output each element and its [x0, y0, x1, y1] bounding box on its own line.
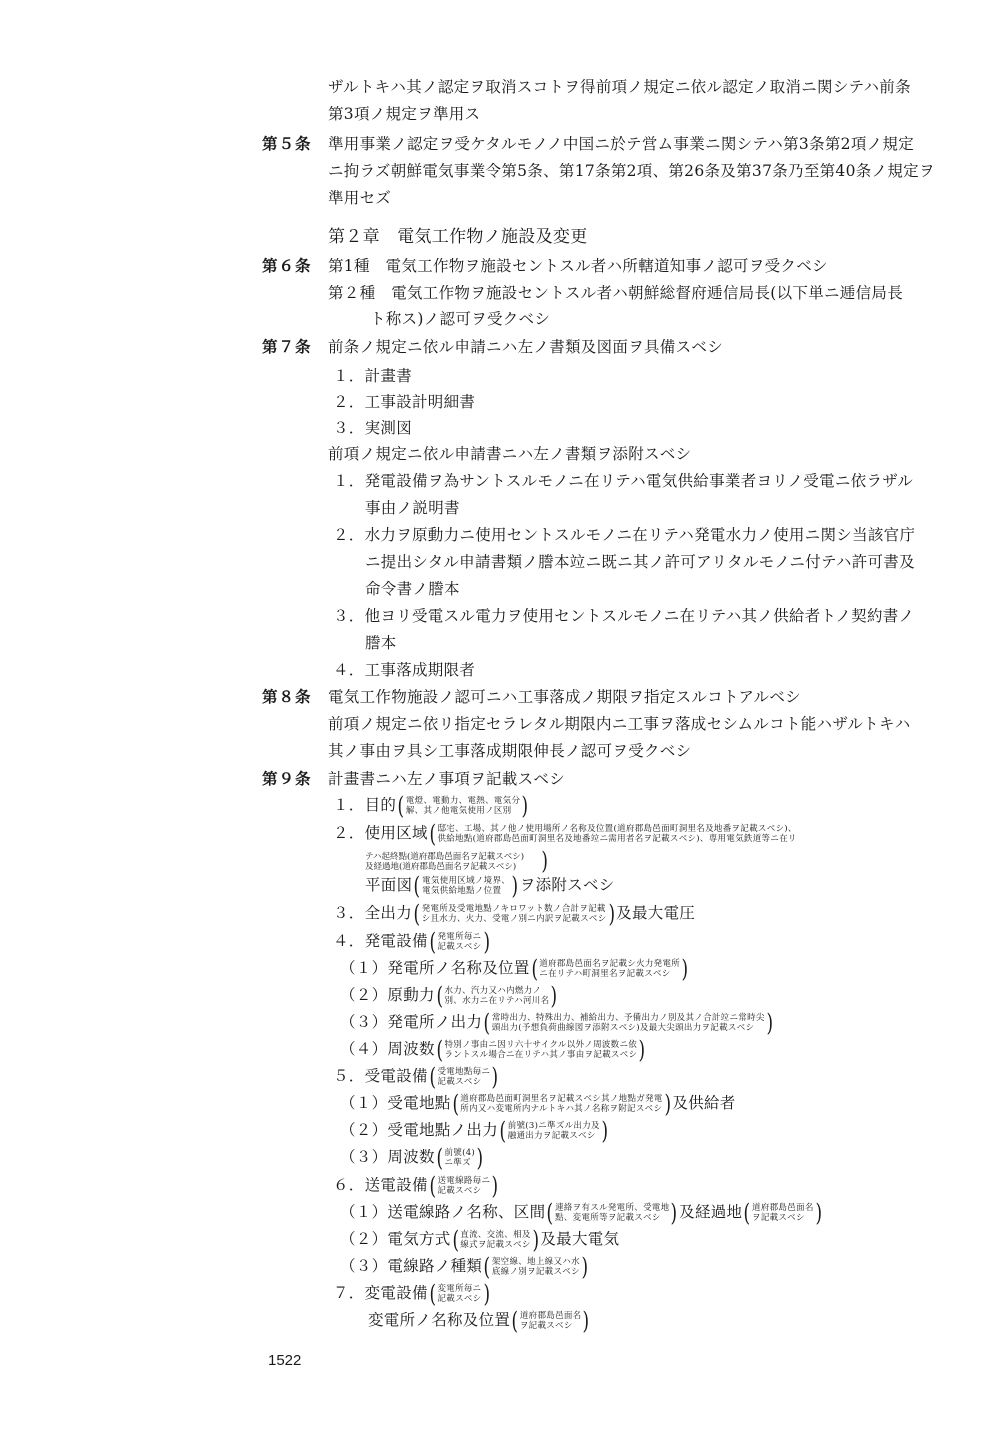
- text-line: ニ拘ラズ朝鮮電気事業令第5条、第17条第2項、第26条及第37条乃至第40条ノ規…: [328, 161, 935, 181]
- article-8-label: 第８条: [262, 687, 312, 707]
- text-line: 第3項ノ規定ヲ準用ス: [328, 104, 480, 124]
- annotation: 変電所毎ニ記載スベシ: [437, 1284, 481, 1304]
- item-head: ２．使用区域: [333, 824, 428, 842]
- sub-item: （２）受電地點ノ出力(前號(3)ニ準ズル出力及融通出力ヲ記載スベシ): [340, 1120, 610, 1142]
- list-item-cont: 命令書ノ謄本: [365, 579, 460, 599]
- sub-item: （３）電線路ノ種類(架空線、地上線又ハ水底線ノ別ヲ記載スベシ): [340, 1256, 590, 1278]
- annotation: 道府郡島邑面名ヲ記載シ火力発電所ニ在リテハ町洞里名ヲ記載スベシ: [539, 959, 680, 979]
- list-item: ７．変電設備(変電所毎ニ記載スベシ): [333, 1283, 491, 1305]
- article-9-label: 第９条: [262, 769, 312, 789]
- list-item: ４．工事落成期限者: [333, 660, 475, 680]
- sub-item: （３）発電所ノ出力(常時出力、特殊出力、補給出力、予備出力ノ別及其ノ合計竝ニ常時…: [340, 1012, 774, 1034]
- annotation: 電燈、電動力、電熱、電気分解、其ノ他電気使用ノ区別: [406, 796, 520, 816]
- annotation: 道府郡島邑面名ヲ記載スベシ: [520, 1311, 582, 1331]
- list-item: ２．水力ヲ原動力ニ使用セントスルモノニ在リテハ発電水力ノ使用ニ関シ当該官庁: [333, 525, 915, 545]
- annotation: テハ起終點(道府郡島邑面名ヲ記載スベシ)及経過地(道府郡島邑面名ヲ記載スベシ): [365, 852, 524, 872]
- paren-close: ): [541, 850, 548, 872]
- sub-item: （２）電気方式(直流、交流、相及線式ヲ記載スベシ)及最大電気: [340, 1229, 619, 1251]
- sub-item: （１）送電線路ノ名称、区間(連絡ヲ有スル発電所、受電地點、変電所等ヲ記載スベシ)…: [340, 1202, 823, 1224]
- list-item: １．計畫書: [333, 366, 412, 386]
- list-item-cont: 事由ノ説明書: [365, 498, 460, 518]
- page-number: 1522: [268, 1352, 301, 1369]
- list-item: ５．受電設備(受電地點毎ニ記載スベシ): [333, 1066, 500, 1088]
- annotation: 特別ノ事由ニ因リ六十サイクル以外ノ周波数ニ依ラントスル場合ニ在リテハ其ノ事由ヲ記…: [444, 1040, 637, 1060]
- text-line: 準用事業ノ認定ヲ受ケタルモノノ中国ニ於テ営ム事業ニ関シテハ第3条第2項ノ規定: [328, 134, 914, 154]
- chapter-title: 第２章 電気工作物ノ施設及変更: [328, 227, 588, 247]
- annotation: 送電線路毎ニ記載スベシ: [437, 1176, 490, 1196]
- list-item: 変電所ノ名称及位置(道府郡島邑面名ヲ記載スベシ): [368, 1310, 591, 1332]
- text-line: 前項ノ規定ニ依ル申請書ニハ左ノ書類ヲ添附スベシ: [328, 444, 691, 464]
- annotation: 発電所及受電地點ノキロワット数ノ合計ヲ記載シ且水力、火力、受電ノ別ニ内訳ヲ記載ス…: [422, 904, 607, 924]
- text-line: 電気工作物施設ノ認可ニハ工事落成ノ期限ヲ指定スルコトアルベシ: [328, 687, 801, 707]
- text-line: ザルトキハ其ノ認定ヲ取消スコトヲ得前項ノ規定ニ依ル認定ノ取消ニ関シテハ前条: [328, 77, 911, 97]
- text-line: 計畫書ニハ左ノ事項ヲ記載スベシ: [328, 769, 565, 789]
- article-6-label: 第６条: [262, 256, 312, 276]
- list-item: １．発電設備ヲ為サントスルモノニ在リテハ電気供給事業者ヨリノ受電ニ依ラザル: [333, 471, 913, 491]
- annotation: 常時出力、特殊出力、補給出力、予備出力ノ別及其ノ合計竝ニ常時尖頭出力(予想負荷曲…: [492, 1013, 765, 1033]
- annotation: 架空線、地上線又ハ水底線ノ別ヲ記載スベシ: [492, 1257, 580, 1277]
- annotation: 発電所毎ニ記載スベシ: [437, 932, 481, 952]
- sub-item: （２）原動力(水力、汽力又ハ内燃力ノ別、水力ニ在リテハ河川名): [340, 985, 559, 1007]
- list-item-cont: 謄本: [365, 633, 397, 653]
- text-line: 第２種 電気工作物ヲ施設セントスル者ハ朝鮮総督府逓信局長(以下単ニ逓信局長: [328, 283, 903, 303]
- list-item-cont: ニ提出シタル申請書類ノ謄本竝ニ既ニ其ノ許可アリタルモノニ付テハ許可書及: [365, 552, 915, 572]
- annotation: 道府郡島邑面町洞里名ヲ記載スベシ其ノ地點ガ発電所内又ハ変電所内ナルトキハ其ノ名称…: [460, 1094, 662, 1114]
- list-item: ３．他ヨリ受電スル電力ヲ使用セントスルモノニ在リテハ其ノ供給者トノ契約書ノ: [333, 606, 914, 626]
- list-item: ４．発電設備(発電所毎ニ記載スベシ): [333, 931, 491, 953]
- text-line: 準用セズ: [328, 188, 391, 208]
- annotation: 受電地點毎ニ記載スベシ: [437, 1067, 490, 1087]
- sub-item: （３）周波数(前號(4)ニ準ズ): [340, 1147, 485, 1169]
- annotation: 前號(4)ニ準ズ: [444, 1148, 475, 1168]
- sub-item: （１）受電地點(道府郡島邑面町洞里名ヲ記載スベシ其ノ地點ガ発電所内又ハ変電所内ナ…: [340, 1093, 736, 1115]
- list-item: １．目的(電燈、電動力、電熱、電気分解、其ノ他電気使用ノ区別): [333, 795, 530, 817]
- article-5-label: 第５条: [262, 134, 312, 154]
- text-line: 其ノ事由ヲ具シ工事落成期限伸長ノ認可ヲ受クベシ: [328, 741, 691, 761]
- annotation: 道府郡島邑面名ヲ記載スベシ: [752, 1203, 814, 1223]
- text-line: 第1種 電気工作物ヲ施設セントスル者ハ所轄道知事ノ認可ヲ受クベシ: [328, 256, 828, 276]
- article-7-label: 第７条: [262, 337, 312, 357]
- annotation: 前號(3)ニ準ズル出力及融通出力ヲ記載スベシ: [508, 1121, 600, 1141]
- list-item: ３．全出力(発電所及受電地點ノキロワット数ノ合計ヲ記載シ且水力、火力、受電ノ別ニ…: [333, 903, 695, 925]
- text-line: ト称ス)ノ認可ヲ受クベシ: [370, 309, 550, 329]
- annotation: 直流、交流、相及線式ヲ記載スベシ: [460, 1230, 530, 1250]
- annotation: 連絡ヲ有スル発電所、受電地點、変電所等ヲ記載スベシ: [555, 1203, 669, 1223]
- annotation: 邸宅、工場、其ノ他ノ使用場所ノ名称及位置(道府郡島邑面町洞里名及地番ヲ記載スベシ…: [437, 824, 796, 844]
- annotation: 水力、汽力又ハ内燃力ノ別、水力ニ在リテハ河川名: [444, 986, 549, 1006]
- text-line: 前条ノ規定ニ依ル申請ニハ左ノ書類及図面ヲ具備スベシ: [328, 337, 723, 357]
- list-item: ３．実測図: [333, 418, 412, 438]
- list-item: ６．送電設備(送電線路毎ニ記載スベシ): [333, 1175, 500, 1197]
- annotation: 電気使用区域ノ境界、電気供給地點ノ位置: [422, 876, 510, 896]
- list-item: ２．工事設計明細書: [333, 392, 475, 412]
- sub-item: （１）発電所ノ名称及位置(道府郡島邑面名ヲ記載シ火力発電所ニ在リテハ町洞里名ヲ記…: [340, 958, 690, 980]
- item-head: １．目的: [333, 796, 396, 814]
- document-page: ザルトキハ其ノ認定ヲ取消スコトヲ得前項ノ規定ニ依ル認定ノ取消ニ関シテハ前条 第3…: [0, 0, 983, 1440]
- text-line: 前項ノ規定ニ依リ指定セラレタル期限内ニ工事ヲ落成セシムルコト能ハザルトキハ: [328, 714, 911, 734]
- sub-item: （４）周波数(特別ノ事由ニ因リ六十サイクル以外ノ周波数ニ依ラントスル場合ニ在リテ…: [340, 1039, 647, 1061]
- list-item: 平面図(電気使用区域ノ境界、電気供給地點ノ位置)ヲ添附スベシ: [365, 875, 615, 897]
- list-item: ２．使用区域(邸宅、工場、其ノ他ノ使用場所ノ名称及位置(道府郡島邑面町洞里名及地…: [333, 823, 797, 845]
